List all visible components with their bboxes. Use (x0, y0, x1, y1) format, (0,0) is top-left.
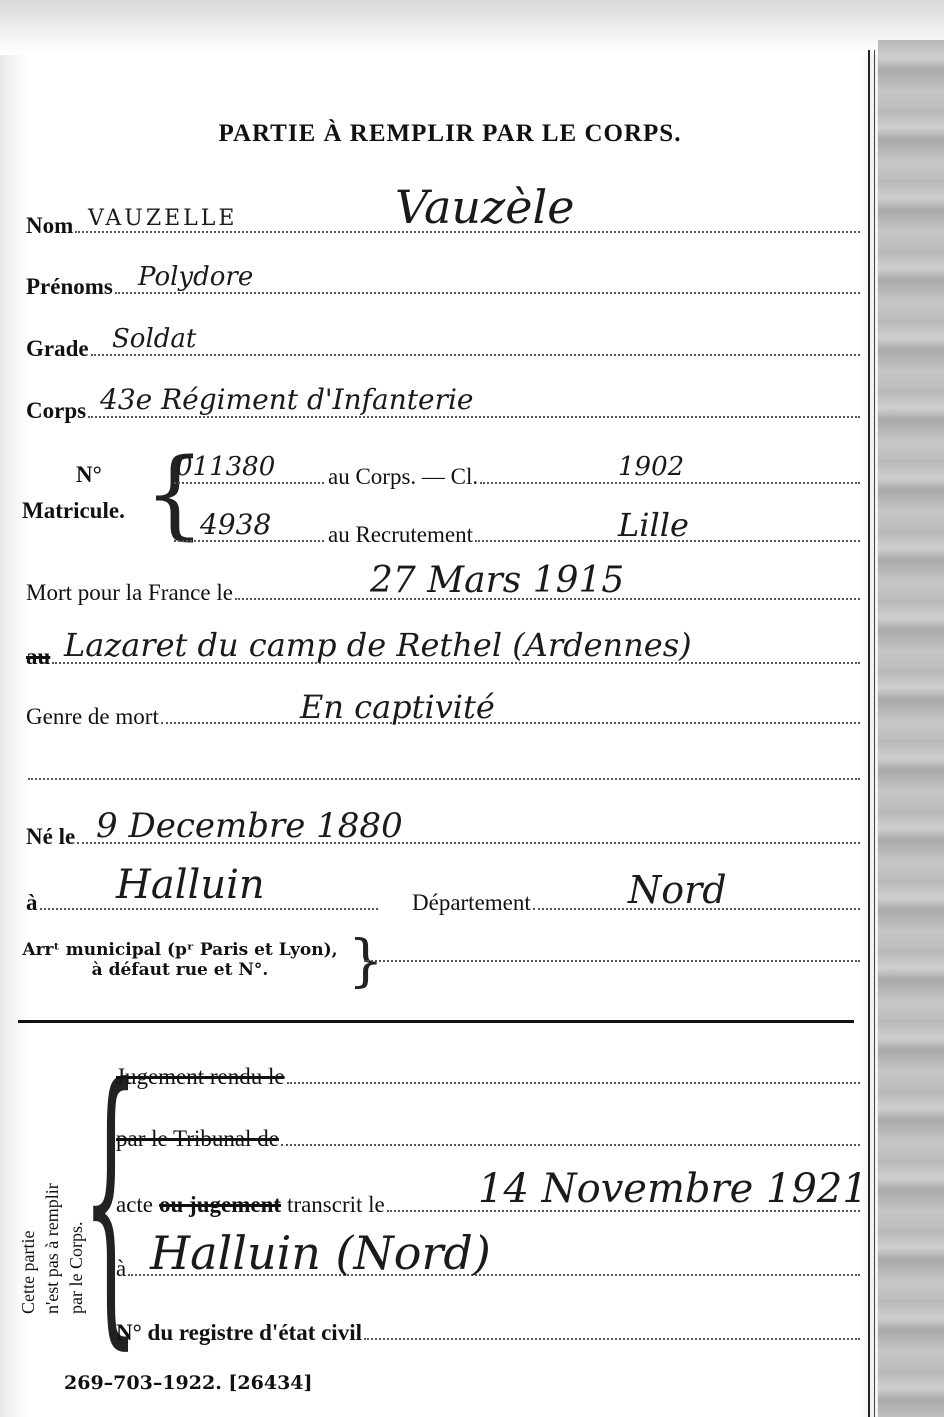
ne-le-value: 9 Decembre 1880 (96, 806, 403, 846)
matricule-no-label: N° (76, 462, 102, 488)
lieu-mort-value: Lazaret du camp de Rethel (Ardennes) (64, 626, 692, 664)
nom-handwritten: Vauzèle (395, 180, 574, 234)
ne-a-value: Halluin (116, 862, 265, 908)
grade-value: Soldat (112, 324, 196, 354)
frame-line-inner (874, 50, 875, 1417)
lieu-mort-label: au (26, 644, 50, 670)
matricule-recrutement-number: 4938 (200, 508, 271, 541)
arrondissement-label: Arrᵗ municipal (pʳ Paris et Lyon), à déf… (20, 940, 340, 980)
au-corps-label: au Corps. — Cl. (328, 464, 478, 490)
tribunal-label: par le Tribunal de (116, 1126, 279, 1152)
ne-le-label: Né le (26, 824, 75, 850)
grade-label: Grade (26, 336, 89, 362)
ne-a-label: à (26, 890, 38, 916)
blank-line (26, 752, 860, 786)
prenoms-label: Prénoms (26, 274, 113, 300)
mort-date-value: 27 Mars 1915 (370, 560, 624, 601)
acte-struck: ou jugement (159, 1192, 281, 1218)
field-registre: N° du registre d'état civil (116, 1312, 860, 1346)
mort-label: Mort pour la France le (26, 580, 233, 606)
transcrit-a-label: à (116, 1256, 126, 1282)
arrondissement-line (362, 934, 860, 968)
acte-label: acte (116, 1192, 153, 1218)
scan-edge-strip (878, 40, 944, 1417)
field-jugement: Jugement rendu le (116, 1056, 860, 1090)
departement-label: Département (412, 890, 531, 916)
departement-value: Nord (628, 868, 727, 912)
registre-label: N° du registre d'état civil (116, 1320, 362, 1346)
frame-line (868, 50, 870, 1417)
corps-label: Corps (26, 398, 86, 424)
form-title: PARTIE À REMPLIR PAR LE CORPS. (0, 120, 900, 148)
field-matricule-recrutement: au Recrutement (172, 514, 860, 548)
jugement-label: Jugement rendu le (116, 1064, 285, 1090)
scan-shadow (0, 0, 944, 55)
section-divider (18, 1020, 854, 1023)
genre-mort-label: Genre de mort (26, 704, 159, 730)
print-code: 269–703–1922. [26434] (64, 1372, 313, 1394)
matricule-corps-number: 011380 (176, 452, 275, 482)
au-recrutement-label: au Recrutement (328, 522, 473, 548)
nom-label: Nom (26, 213, 73, 239)
transcrit-date: 14 Novembre 1921 (478, 1166, 868, 1212)
matricule-label: Matricule. (22, 498, 125, 524)
prenoms-value: Polydore (138, 262, 253, 292)
matricule-recrutement-city: Lille (618, 506, 689, 544)
genre-mort-value: En captivité (300, 688, 495, 726)
transcrit-label: transcrit le (287, 1192, 385, 1218)
field-tribunal: par le Tribunal de (116, 1118, 860, 1152)
matricule-classe: 1902 (618, 452, 684, 482)
corps-value: 43e Régiment d'Infanterie (100, 383, 473, 416)
transcrit-a-value: Halluin (Nord) (150, 1226, 491, 1280)
nom-typed: VAUZELLE (88, 206, 237, 231)
